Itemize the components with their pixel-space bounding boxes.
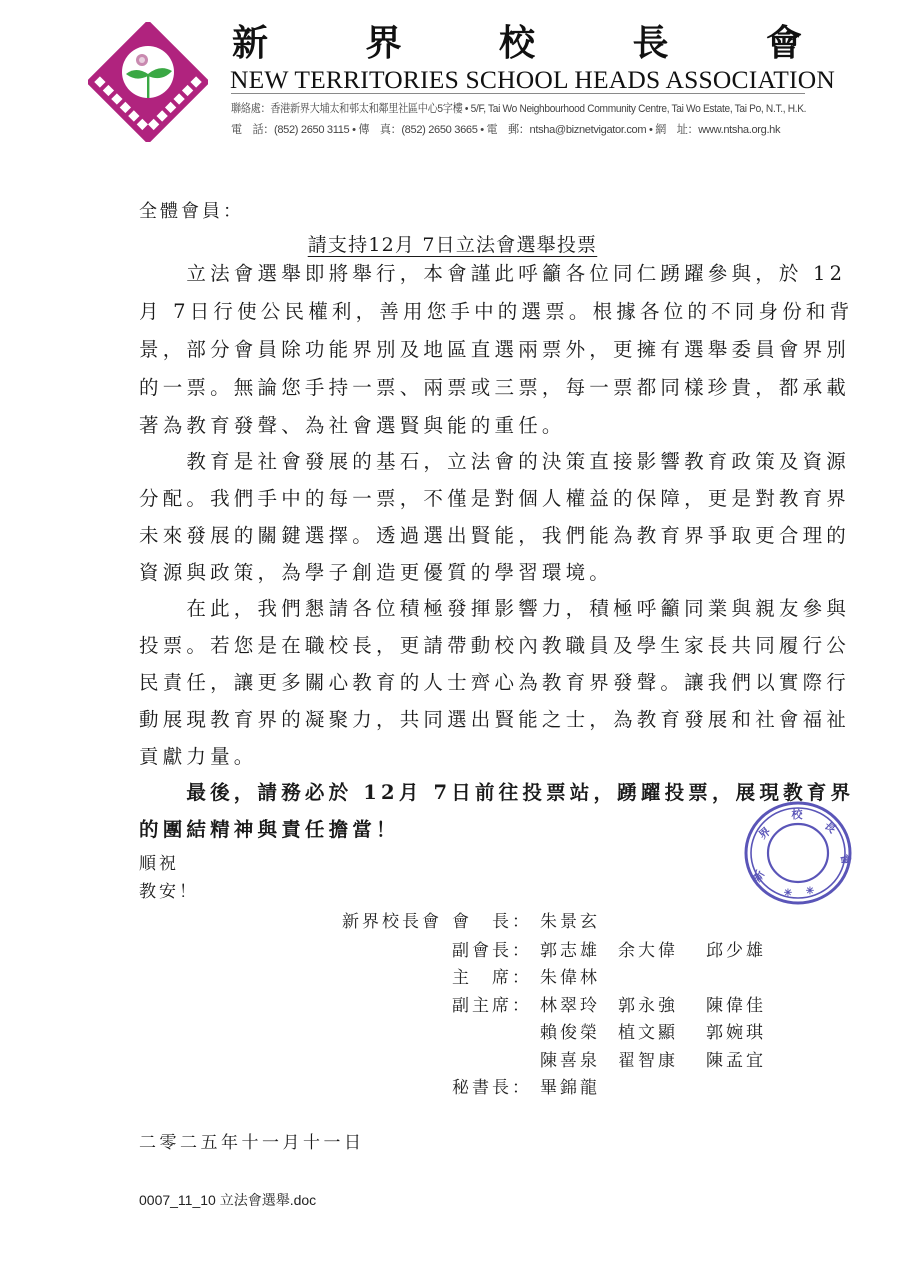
- paragraph-3-line: 貢獻力量。: [139, 747, 258, 767]
- closing-greeting: 順祝: [139, 849, 179, 874]
- signature-name: 植文顯: [618, 1018, 678, 1043]
- paragraph-4-line: 的團結精神與責任擔當！: [139, 820, 400, 840]
- signature-name: 郭永強: [618, 991, 678, 1016]
- contact-address: 聯絡處：香港新界大埔太和邨太和鄰里社區中心5字樓 • 5/F, Tai Wo N…: [231, 100, 757, 116]
- letter-title: 請支持12月 7日立法會選舉投票: [0, 230, 905, 257]
- org-name-char: 會: [766, 20, 802, 66]
- signature-name: 翟智康: [618, 1046, 678, 1071]
- letter-title-text: 請支持12月 7日立法會選舉投票: [308, 234, 598, 256]
- stamp-char: 會: [838, 853, 854, 866]
- signature-role: 主 席：: [452, 963, 532, 988]
- signature-role: 秘書長：: [452, 1073, 532, 1098]
- org-name-char: 界: [365, 20, 401, 66]
- salutation: 全體會員：: [139, 197, 244, 223]
- signature-name: 邱少雄: [706, 936, 766, 961]
- paragraph-2-line: 分配。我們手中的每一票，不僅是對個人權益的保障，更是對教育界: [139, 489, 850, 509]
- signature-role: 副主席：: [452, 991, 532, 1016]
- org-name-english: NEW TERRITORIES SCHOOL HEADS ASSOCIATION: [230, 66, 805, 94]
- org-name-char: 長: [632, 20, 668, 66]
- letter-date: 二零二五年十一月十一日: [139, 1128, 365, 1153]
- paragraph-2-line: 資源與政策，為學子創造更優質的學習環境。: [139, 563, 613, 583]
- signature-role: 副會長：: [452, 936, 532, 961]
- paragraph-3-line: 動展現教育界的凝聚力，共同選出賢能之士，為教育發展和社會福祉: [139, 710, 850, 730]
- paragraph-1-line: 著為教育發聲、為社會選賢與能的重任。: [139, 416, 566, 436]
- letterhead-divider: [231, 93, 805, 94]
- signature-name: 朱偉林: [540, 963, 600, 988]
- stamp-char: 新: [750, 868, 768, 885]
- signature-name: 林翠玲: [540, 991, 600, 1016]
- svg-text:✳: ✳: [784, 888, 793, 899]
- signature-name: 余大偉: [618, 936, 678, 961]
- signature-name: 郭婉琪: [706, 1018, 766, 1043]
- paragraph-2-line: 未來發展的關鍵選擇。透過選出賢能，我們能為教育界爭取更合理的: [139, 526, 850, 546]
- signature-name: 郭志雄: [540, 936, 600, 961]
- paragraph-3-line: 在此，我們懇請各位積極發揮影響力，積極呼籲同業與親友參與: [139, 599, 850, 619]
- signature-name: 陳偉佳: [706, 991, 766, 1016]
- document-filename: 0007_11_10 立法會選舉.doc: [139, 1190, 316, 1210]
- org-prefix: 新界校長會: [342, 907, 442, 932]
- paragraph-1-line: 月 7日行使公民權利，善用您手中的選票。根據各位的不同身份和背: [139, 302, 853, 322]
- signature-name: 陳喜泉: [540, 1046, 600, 1071]
- signature-name: 賴俊榮: [540, 1018, 600, 1043]
- signature-name: 朱景玄: [540, 907, 600, 932]
- svg-text:✳: ✳: [806, 886, 815, 897]
- stamp-char: 校: [791, 807, 804, 821]
- paragraph-3-line: 民責任，讓更多關心教育的人士齊心為教育界發聲。讓我們以實際行: [139, 673, 850, 693]
- signature-role: 會 長：: [452, 907, 532, 932]
- org-name-char: 新: [232, 20, 268, 66]
- paragraph-2-line: 教育是社會發展的基石，立法會的決策直接影響教育政策及資源: [139, 452, 850, 472]
- association-seal-stamp: 新 界 校 長 會 ✳ ✳: [740, 798, 856, 908]
- association-logo: [88, 22, 208, 142]
- org-name-chinese: 新 界 校 長 會: [232, 20, 802, 66]
- paragraph-1-line: 立法會選舉即將舉行，本會謹此呼籲各位同仁踴躍參與，於 12: [139, 264, 846, 284]
- paragraph-1-line: 景，部分會員除功能界別及地區直選兩票外，更擁有選舉委員會界別: [139, 340, 850, 360]
- contact-phone-fax-email-web: 電 話：(852) 2650 3115 • 傳 真：(852) 2650 366…: [231, 121, 806, 137]
- signature-name: 陳孟宜: [706, 1046, 766, 1071]
- paragraph-3-line: 投票。若您是在職校長，更請帶動校內教職員及學生家長共同履行公: [139, 636, 850, 656]
- paragraph-1-line: 的一票。無論您手持一票、兩票或三票，每一票都同樣珍貴，都承載: [139, 378, 850, 398]
- org-name-char: 校: [499, 20, 535, 66]
- closing-blessing: 教安！: [139, 877, 199, 902]
- signature-name: 畢錦龍: [540, 1073, 600, 1098]
